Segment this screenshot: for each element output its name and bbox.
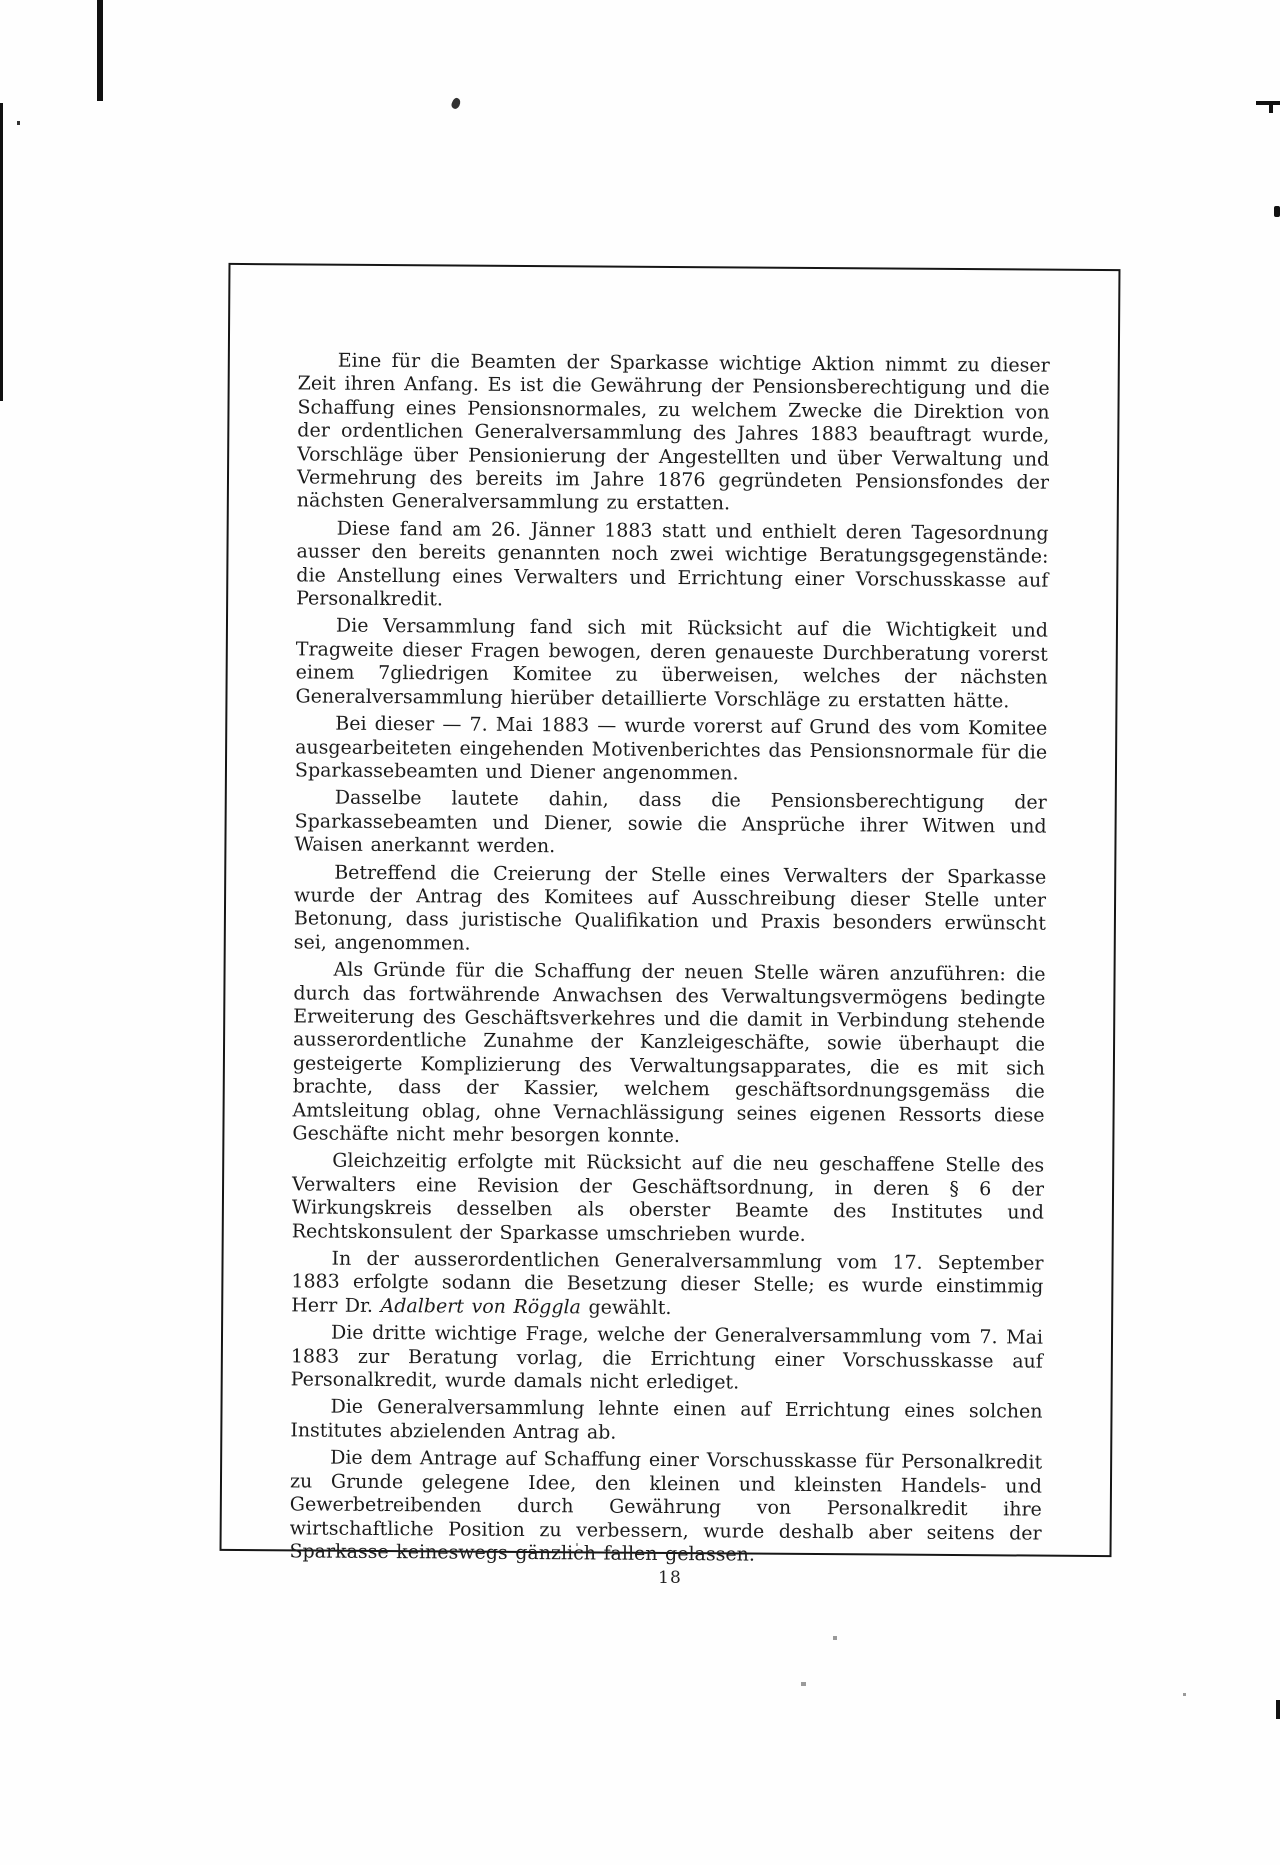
paragraph-9: In der ausserordentlichen Generalversamm… [291,1247,1043,1322]
paragraph-10: Die dritte wichtige Frage, welche der Ge… [291,1322,1043,1397]
text-block: Eine für die Beamten der Sparkasse wicht… [289,349,1049,1569]
paragraph-1: Eine für die Beamten der Sparkasse wicht… [297,349,1050,518]
text-segment: Gleichzeitig erfolgte mit Rücksicht auf … [292,1150,1045,1246]
paragraph-8: Gleichzeitig erfolgte mit Rücksicht auf … [292,1150,1045,1249]
text-segment: gewählt. [581,1296,672,1319]
paragraph-11: Die Generalversammlung lehnte einen auf … [290,1396,1042,1448]
paragraph-5: Dasselbe lautete dahin, dass die Pension… [294,787,1046,862]
scan-artifact-right-top-tick [1269,105,1273,113]
text-segment: Betreffend die Creierung der Stelle eine… [294,861,1047,954]
text-segment: Die dritte wichtige Frage, welche der Ge… [291,1322,1043,1394]
text-segment: Eine für die Beamten der Sparkasse wicht… [297,350,1050,515]
paragraph-3: Die Versammlung fand sich mit Rücksicht … [295,615,1048,714]
paragraph-2: Diese fand am 26. Jänner 1883 statt und … [296,517,1049,616]
scan-artifact-left-line [0,103,3,401]
paragraph-4: Bei dieser — 7. Mai 1883 — wurde vorerst… [295,712,1047,787]
text-segment: Die Generalversammlung lehnte einen auf … [290,1396,1042,1443]
scan-artifact-pen-mark [450,97,462,110]
text-segment: Die Versammlung fand sich mit Rücksicht … [295,615,1048,712]
scan-artifact-right-top-bar [1256,101,1280,105]
text-segment: Diese fand am 26. Jänner 1883 statt und … [296,518,1049,611]
scan-artifact-right-blob [1274,206,1280,217]
scan-artifact-right-bottom-bar [1276,1700,1280,1719]
text-segment: Die dem Antrage auf Schaffung einer Vors… [289,1447,1042,1566]
page-border-frame: Eine für die Beamten der Sparkasse wicht… [220,263,1121,1557]
scan-artifact-top-left-bar [97,0,103,101]
paragraph-12: Die dem Antrage auf Schaffung einer Vors… [289,1447,1042,1569]
text-segment: Bei dieser — 7. Mai 1883 — wurde vorerst… [295,713,1047,785]
scan-artifact-speck [801,1682,806,1686]
scanned-document-page: Eine für die Beamten der Sparkasse wicht… [0,0,1280,1865]
paragraph-7: Als Gründe für die Schaffung der neuen S… [292,959,1045,1151]
paragraph-6: Betreffend die Creierung der Stelle eine… [294,861,1047,960]
scan-artifact-dot [17,121,20,125]
text-segment: Als Gründe für die Schaffung der neuen S… [292,959,1045,1147]
italic-name-segment: Adalbert von Röggla [380,1295,581,1318]
page-number: 18 [224,1568,1116,1588]
text-segment: Dasselbe lautete dahin, dass die Pension… [294,787,1046,857]
scan-artifact-speck [1183,1693,1186,1696]
scan-artifact-speck [833,1636,837,1640]
